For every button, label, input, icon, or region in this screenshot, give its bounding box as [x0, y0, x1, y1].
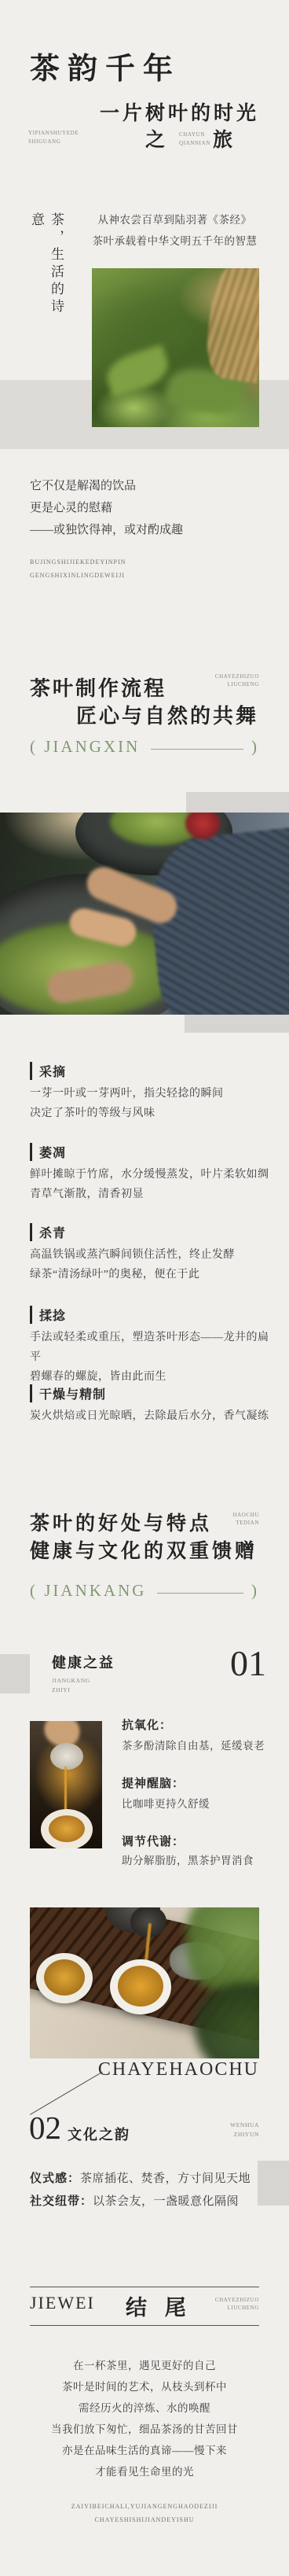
culture-1-text: 茶席插花、焚香，方寸间见天地 — [80, 2172, 251, 2185]
sub2-number: 02 — [29, 2109, 61, 2147]
hero-paragraph-line-3: ——或独饮得神，或对酌成趣 — [30, 519, 183, 541]
sub1-title: 健康之益 — [52, 1652, 115, 1672]
footer-title: 结 尾 — [126, 2290, 192, 2321]
hero-caps-left-2: SHIGUANG — [28, 138, 60, 146]
culture-deco-box-right — [258, 2161, 289, 2206]
footer-line-2: 茶叶是时间的艺术，从枝头到杯中 — [8, 2376, 281, 2397]
sub2-title: 文化之韵 — [68, 2124, 130, 2144]
step-2-line-2: 青草气渐散，清香初显 — [30, 1185, 269, 1204]
benefits-caps-1: HAOCHU — [232, 1512, 259, 1519]
culture-2-text: 以茶会友，一盏暖意化隔阂 — [93, 2195, 239, 2208]
process-deco-box-bottom — [185, 1015, 289, 1033]
hero-caps-paragraph-1: BUJINGSHIJIEKEDEYINPIN — [30, 555, 126, 569]
process-photo — [0, 813, 289, 1015]
tea-stream-shape — [64, 1767, 67, 1812]
culture-2-label: 社交纽带： — [30, 2195, 93, 2208]
step-4-title: 揉捻 — [30, 1306, 66, 1324]
hero-subtitle-char-left: 之 — [145, 124, 165, 153]
benefits-title-line-1: 茶叶的好处与特点 — [30, 1508, 212, 1536]
cup-left-tea — [44, 1959, 85, 1996]
benefit-2-text: 比咖啡更持久舒缓 — [122, 1795, 267, 1811]
cup-center-tea — [118, 1966, 163, 2007]
footer-paragraph: 在一杯茶里，遇见更好的自己 茶叶是时间的艺术，从枝头到杯中 需经历火的淬炼、水的… — [8, 2355, 281, 2482]
cup-tea-shape — [49, 1815, 85, 1842]
step-4-body: 手法或轻柔或重压，塑造茶叶形态——龙井的扁平 碧螺春的螺旋，皆由此而生 — [30, 1328, 269, 1387]
tagline-rule — [157, 1593, 243, 1594]
footer-rule-top — [30, 2287, 259, 2287]
benefit-2-label: 提神醒脑： — [122, 1774, 185, 1791]
benefits-caps-2: TEDIAN — [236, 1520, 259, 1527]
leaf-blur-shape — [102, 345, 173, 398]
benefits-deco-box-left — [0, 1654, 30, 1693]
footer-caps-line-2: CHAYESHISHIJIANDEYISHU — [0, 2513, 289, 2526]
process-deco-box-top — [186, 792, 289, 813]
process-title-line-2: 匠心与自然的共舞 — [76, 700, 258, 729]
benefits-tag-close: ) — [251, 1581, 259, 1601]
benefit-1-label: 抗氧化： — [122, 1716, 172, 1733]
hero-caps-mid-2: QIANNIAN — [179, 140, 210, 147]
benefit-1-text: 茶多酚清除自由基，延缓衰老 — [122, 1737, 267, 1752]
culture-line-1: 仪式感：茶席插花、焚香，方寸间见天地 — [30, 2169, 251, 2186]
hero-intro-line-1: 从神农尝百草到陆羽著《茶经》 — [82, 213, 267, 227]
process-title-line-1: 茶叶制作流程 — [30, 673, 166, 702]
sub2-caps-1: WENHUA — [230, 2121, 259, 2128]
process-tagline: ( JIANGXIN ) — [30, 737, 259, 757]
process-tag-close: ) — [251, 737, 259, 757]
footer-caps-line-1: ZAIYIBEICHALI,YUJIANGENGHAODEZIJI — [0, 2500, 289, 2513]
benefits-tag-open: ( JIANKANG — [30, 1581, 146, 1601]
step-1-line-1: 一芽一叶或一芽两叶，指尖轻捻的瞬间 — [30, 1084, 265, 1104]
step-3-line-2: 绿茶“清汤绿叶”的奥秘，便在于此 — [30, 1265, 269, 1284]
tagline-rule — [151, 749, 243, 750]
sub1-number: 01 — [230, 1642, 266, 1684]
process-tag-open: ( JIANGXIN — [30, 737, 140, 757]
culture-1-label: 仪式感： — [30, 2172, 80, 2185]
hero-intro-line-2: 茶叶承载着中华文明五千年的智慧 — [82, 234, 267, 248]
footer-line-1: 在一杯茶里，遇见更好的自己 — [8, 2355, 281, 2376]
step-2-title: 萎凋 — [30, 1143, 66, 1161]
hero-title: 茶韵千年 — [30, 44, 181, 87]
step-3-title: 杀青 — [30, 1223, 66, 1241]
hero-subtitle: 一片树叶的时光 — [100, 98, 259, 126]
hero-paragraph-line-2: 更是心灵的慰藉 — [30, 497, 183, 519]
benefits-photo-tray — [30, 1907, 259, 2058]
benefits-photo-pour — [30, 1721, 102, 1848]
footer-rule-bottom — [30, 2325, 259, 2326]
footer-line-3: 需经历火的淬炼、水的唤醒 — [8, 2397, 281, 2419]
step-2-body: 鲜叶摊晾于竹席，水分缓慢蒸发，叶片柔软如绸 青草气渐散，清香初显 — [30, 1165, 269, 1204]
basket-weave-shape — [202, 268, 259, 383]
sub1-caps-2: ZHIYI — [52, 1686, 70, 1693]
benefits-tagline: ( JIANKANG ) — [30, 1581, 259, 1601]
step-2-line-1: 鲜叶摊晾于竹席，水分缓慢蒸发，叶片柔软如绸 — [30, 1165, 269, 1185]
hero-caps-left-1: YIPIANSHUYEDE — [28, 130, 79, 137]
leaf-foreground-top — [187, 1907, 259, 1994]
hero-paragraph-line-1: 它不仅是解渴的饮品 — [30, 475, 183, 497]
step-1-title: 采摘 — [30, 1062, 66, 1080]
footer-line-6: 才能看见生命里的光 — [8, 2461, 281, 2482]
process-caps-1: CHAYEZHIZUO — [215, 673, 259, 680]
step-5-line-1: 炭火烘焙或日光晾晒，去除最后水分，香气凝练 — [30, 1406, 269, 1426]
step-1-line-2: 决定了茶叶的等级与风味 — [30, 1104, 265, 1123]
hero-caps-mid-1: CHAYUN — [179, 131, 205, 138]
benefit-3-text: 助分解脂肪，黑茶护胃消食 — [122, 1852, 267, 1867]
footer-line-5: 亦是在品味生活的真谛——慢下来 — [8, 2440, 281, 2461]
step-5-title: 干燥与精制 — [30, 1384, 106, 1402]
hero-photo-basket — [92, 268, 259, 427]
step-1-body: 一芽一叶或一芽两叶，指尖轻捻的瞬间 决定了茶叶的等级与风味 — [30, 1084, 265, 1123]
hero-paragraph: 它不仅是解渴的饮品 更是心灵的慰藉 ——或独饮得神，或对酌成趣 — [30, 475, 183, 541]
benefits-title-line-2: 健康与文化的双重馈赠 — [30, 1535, 258, 1564]
benefits-caption: CHAYEHAOCHU — [30, 2059, 259, 2080]
hero-caps-paragraph-2: GENGSHIXINLINGDEWEIJI — [30, 569, 125, 582]
footer-caps-2: LIUCHENG — [227, 2305, 259, 2312]
hero-vertical-motto: 茶，生活的诗意 — [27, 212, 66, 319]
step-3-body: 高温铁锅或蒸汽瞬间锁住活性，终止发酵 绿茶“清汤绿叶”的奥秘，便在于此 — [30, 1245, 269, 1284]
sub2-caps-2: ZHIYUN — [234, 2131, 259, 2138]
process-caps-2: LIUCHENG — [227, 681, 259, 688]
culture-line-2: 社交纽带：以茶会友，一盏暖意化隔阂 — [30, 2192, 239, 2209]
step-3-line-1: 高温铁锅或蒸汽瞬间锁住活性，终止发酵 — [30, 1245, 269, 1265]
benefit-3-label: 调节代谢： — [122, 1833, 185, 1849]
footer-left-caps: JIEWEI — [30, 2293, 95, 2313]
tea-long-poster: 茶韵千年 一片树叶的时光 之 旅 YIPIANSHUYEDE SHIGUANG … — [0, 0, 289, 2576]
hero-subtitle-char-right: 旅 — [213, 124, 232, 153]
sub1-caps-1: JIANGKANG — [52, 1677, 90, 1684]
footer-caps-1: CHAYEZHIZUO — [215, 2297, 259, 2304]
footer-line-4: 当我们放下匆忙，细品茶汤的甘苦回甘 — [8, 2419, 281, 2440]
step-4-line-1: 手法或轻柔或重压，塑造茶叶形态——龙井的扁平 — [30, 1328, 269, 1367]
teapot-shape — [50, 1743, 83, 1770]
